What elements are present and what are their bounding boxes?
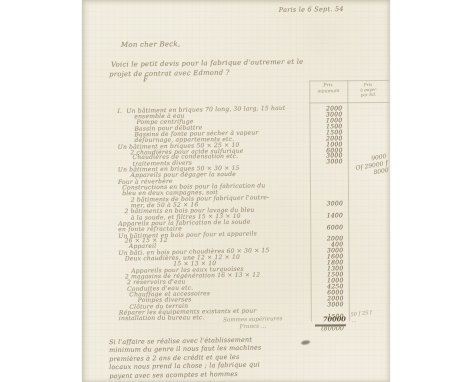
item-amount: 6000 [312,225,343,231]
item-amount: 1400 [312,213,343,219]
item-amount: 3000 [313,302,344,308]
item-amount: 3000 [312,160,343,166]
footer-paragraph: Si l'affaire se réalise avec l'établisse… [109,335,355,379]
page-content: Paris le 6 Sept. 54 Mon cher Beck, Voici… [81,0,392,382]
item-amount: 3000 [312,201,343,207]
scanned-letter-page: Paris le 6 Sept. 54 Mon cher Beck, Voici… [82,0,390,382]
